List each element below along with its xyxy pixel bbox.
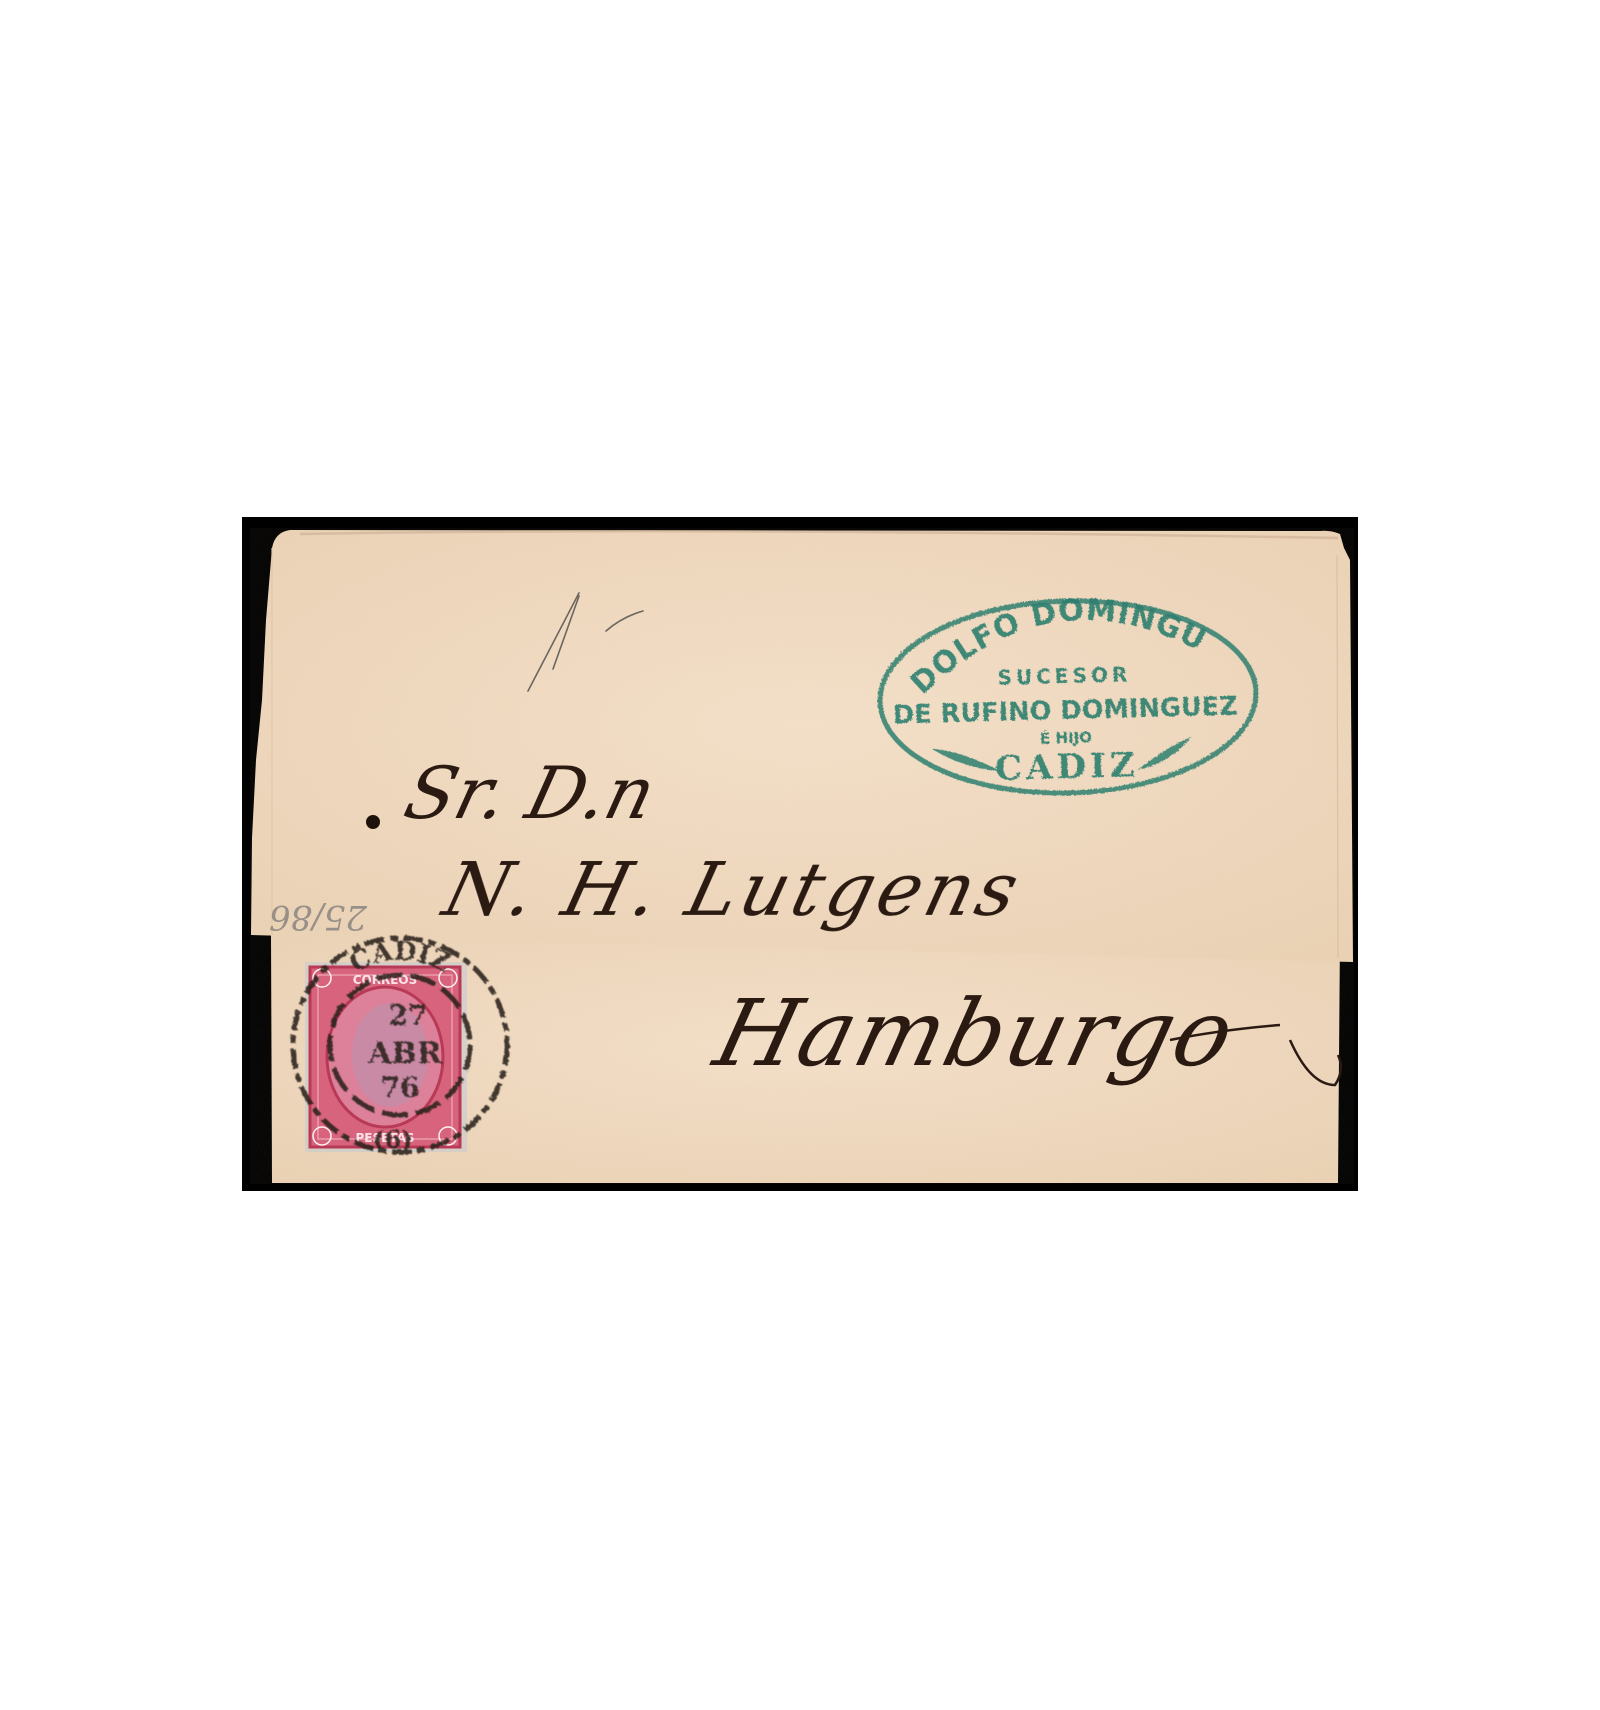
postmark-year: 76 — [381, 1071, 420, 1104]
postmark-code: (6) — [373, 1125, 412, 1154]
cover-scene: 25/86 ADOLFO DOMINGUEZ SUCESOR DE RUFINO… — [0, 0, 1600, 1710]
pencil-dealer-note: 25/86 — [269, 897, 368, 937]
postmark-day: 27 — [389, 999, 428, 1032]
handstamp-line5: CADIZ — [995, 745, 1140, 789]
address-city: Hamburgo — [703, 980, 1246, 1087]
ink-blot — [366, 815, 380, 829]
svg-text:25/86: 25/86 — [269, 897, 368, 937]
handstamp-line4: É HIJO — [1040, 727, 1092, 747]
postmark-month: ABR — [367, 1036, 443, 1071]
address-addressee: N. H. Lutgens — [433, 846, 1030, 933]
address-salutation: Sr. D.n — [397, 752, 664, 836]
handstamp-line2: SUCESOR — [997, 662, 1131, 689]
